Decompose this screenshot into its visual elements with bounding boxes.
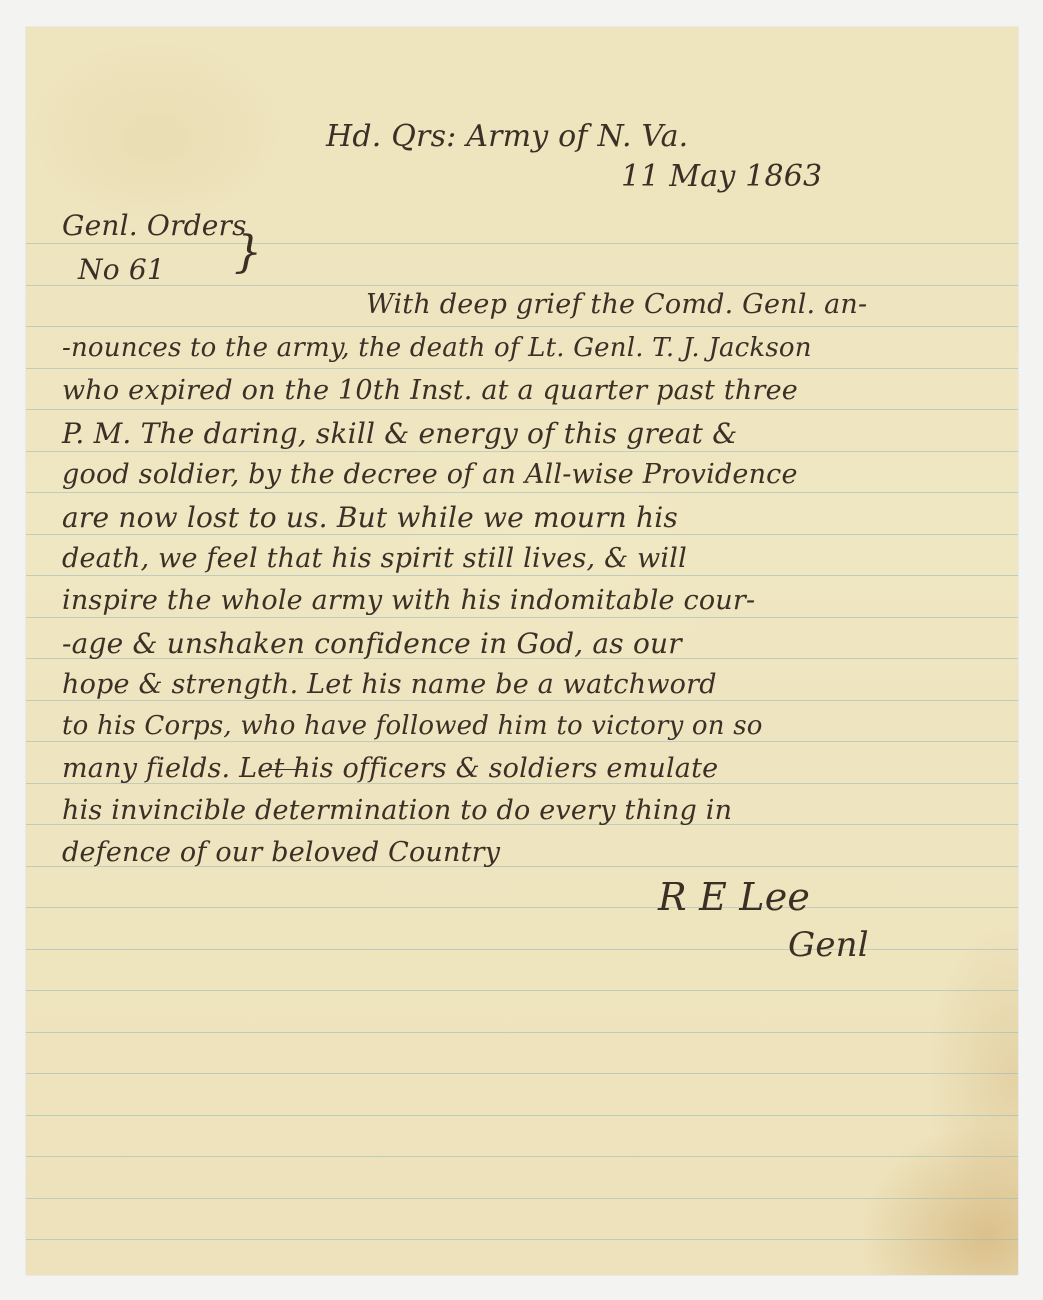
body-line-2: -nounces to the army, the death of Lt. G… xyxy=(62,333,812,363)
order-number: No 61 xyxy=(78,253,165,286)
ruled-line xyxy=(26,1032,1018,1033)
ruled-line xyxy=(26,1156,1018,1157)
letter-page: Hd. Qrs: Army of N. Va. 11 May 1863 Genl… xyxy=(26,27,1018,1275)
body-line-8: inspire the whole army with his indomita… xyxy=(62,585,755,616)
ruled-line xyxy=(26,617,1018,618)
body-line-3: who expired on the 10th Inst. at a quart… xyxy=(62,375,798,406)
body-line-10: hope & strength. Let his name be a watch… xyxy=(62,669,717,700)
ruled-line xyxy=(26,492,1018,493)
ruled-line xyxy=(26,1073,1018,1074)
body-line-9: -age & unshaken confidence in God, as ou… xyxy=(62,627,682,660)
ruled-line xyxy=(26,534,1018,535)
body-line-5: good soldier, by the decree of an All-wi… xyxy=(62,459,798,490)
ruled-line xyxy=(26,409,1018,410)
ruled-line xyxy=(26,700,1018,701)
ruled-line xyxy=(26,575,1018,576)
ruled-line xyxy=(26,368,1018,369)
ruled-line xyxy=(26,451,1018,452)
signature-name: R E Lee xyxy=(658,875,810,919)
body-line-11: to his Corps, who have followed him to v… xyxy=(62,711,763,741)
ruled-line xyxy=(26,949,1018,950)
ruled-line xyxy=(26,990,1018,991)
order-bracket: } xyxy=(234,227,262,278)
body-line-13: his invincible determination to do every… xyxy=(62,795,732,826)
ruled-line xyxy=(26,326,1018,327)
body-line-4: P. M. The daring, skill & energy of this… xyxy=(62,417,737,450)
ruled-line xyxy=(26,243,1018,244)
body-line-6: are now lost to us. But while we mourn h… xyxy=(62,501,678,534)
ruled-line xyxy=(26,1115,1018,1116)
struck-word: his xyxy=(266,753,306,784)
body-line-1: With deep grief the Comd. Genl. an- xyxy=(366,289,867,320)
ruled-line xyxy=(26,1239,1018,1240)
heading-date: 11 May 1863 xyxy=(621,159,822,194)
heading-headquarters: Hd. Qrs: Army of N. Va. xyxy=(326,119,688,154)
signature-title: Genl xyxy=(788,925,869,965)
ruled-line xyxy=(26,741,1018,742)
body-line-7: death, we feel that his spirit still liv… xyxy=(62,543,687,574)
ruled-line xyxy=(26,285,1018,286)
body-line-14: defence of our beloved Country xyxy=(62,837,500,868)
body-line-12: many fields. Let his officers & soldiers… xyxy=(62,753,718,784)
order-title: Genl. Orders xyxy=(62,209,247,242)
ruled-line xyxy=(26,1198,1018,1199)
ruled-line xyxy=(26,907,1018,908)
